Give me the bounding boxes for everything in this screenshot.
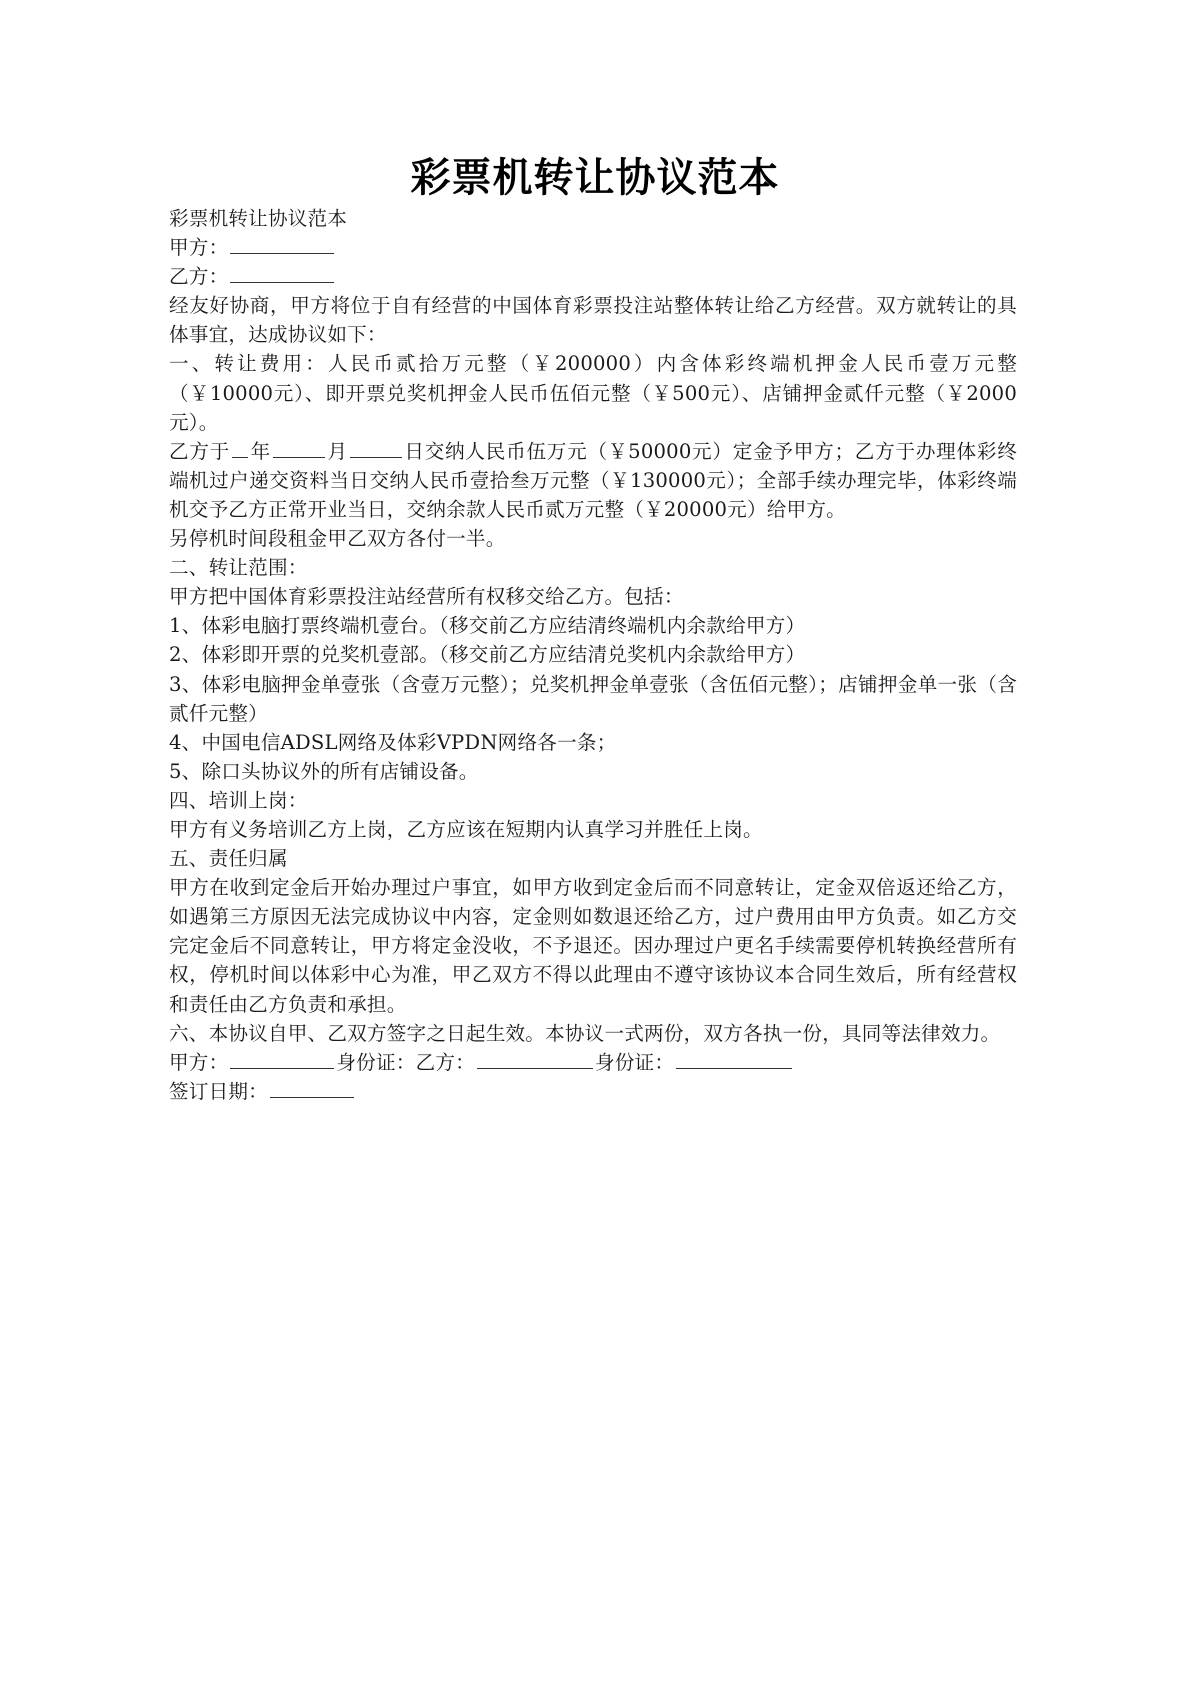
signature-id-a-label: 身份证： [336,1051,415,1074]
document-subtitle: 彩票机转让协议范本 [169,204,1017,233]
signature-party-b-label: 乙方： [416,1051,475,1074]
signature-line: 甲方：身份证：乙方：身份证： [169,1048,1017,1077]
section2-heading: 二、转让范围： [169,553,1017,582]
section2-item-5: 5、除口头协议外的所有店铺设备。 [169,757,1017,786]
payment-year-label: 年 [250,440,271,463]
intro-paragraph: 经友好协商，甲方将位于自有经营的中国体育彩票投注站整体转让给乙方经营。双方就转让… [169,291,1017,349]
party-b-line: 乙方： [169,262,1017,291]
section1-rent-note: 另停机时间段租金甲乙双方各付一半。 [169,524,1017,553]
section4-text: 甲方有义务培训乙方上岗，乙方应该在短期内认真学习并胜任上岗。 [169,815,1017,844]
section1-fee: 一、转让费用：人民币贰拾万元整（￥200000）内含体彩终端机押金人民币壹万元整… [169,349,1017,436]
section4-heading: 四、培训上岗： [169,786,1017,815]
signing-date-line: 签订日期： [169,1077,1017,1106]
signature-id-b-label: 身份证： [595,1051,674,1074]
signing-date-blank [270,1077,354,1098]
payment-year-blank [232,437,248,458]
payment-prefix: 乙方于 [169,440,230,463]
section2-item-2: 2、体彩即开票的兑奖机壹部。（移交前乙方应结清兑奖机内余款给甲方） [169,640,1017,669]
signature-party-a-label: 甲方： [169,1051,228,1074]
section2-item-4: 4、中国电信ADSL网络及体彩VPDN网络各一条； [169,728,1017,757]
party-a-blank [230,233,334,254]
section2-item-3: 3、体彩电脑押金单壹张（含壹万元整）；兑奖机押金单壹张（含伍佰元整）；店铺押金单… [169,670,1017,728]
signature-id-b-blank [676,1048,792,1069]
signature-party-b-blank [477,1048,593,1069]
signature-party-a-blank [230,1048,334,1069]
payment-month-label: 月 [327,440,348,463]
document-body: 彩票机转让协议范本 甲方： 乙方： 经友好协商，甲方将位于自有经营的中国体育彩票… [169,204,1017,1106]
section1-payment: 乙方于年月日交纳人民币伍万元（￥50000元）定金予甲方；乙方于办理体彩终端机过… [169,437,1017,524]
payment-month-blank [273,437,325,458]
section5-text: 甲方在收到定金后开始办理过户事宜，如甲方收到定金后而不同意转让，定金双倍返还给乙… [169,873,1017,1018]
document-page: 彩票机转让协议范本 彩票机转让协议范本 甲方： 乙方： 经友好协商，甲方将位于自… [0,0,1190,1683]
party-b-blank [230,262,334,283]
section6-text: 六、本协议自甲、乙双方签字之日起生效。本协议一式两份，双方各执一份，具同等法律效… [169,1019,1017,1048]
party-b-label: 乙方： [169,265,228,288]
section2-item-1: 1、体彩电脑打票终端机壹台。（移交前乙方应结清终端机内余款给甲方） [169,611,1017,640]
section5-heading: 五、责任归属 [169,844,1017,873]
party-a-line: 甲方： [169,233,1017,262]
section2-intro: 甲方把中国体育彩票投注站经营所有权移交给乙方。包括： [169,582,1017,611]
document-title: 彩票机转让协议范本 [0,150,1190,206]
signing-date-label: 签订日期： [169,1080,268,1103]
party-a-label: 甲方： [169,236,228,259]
payment-day-blank [350,437,402,458]
